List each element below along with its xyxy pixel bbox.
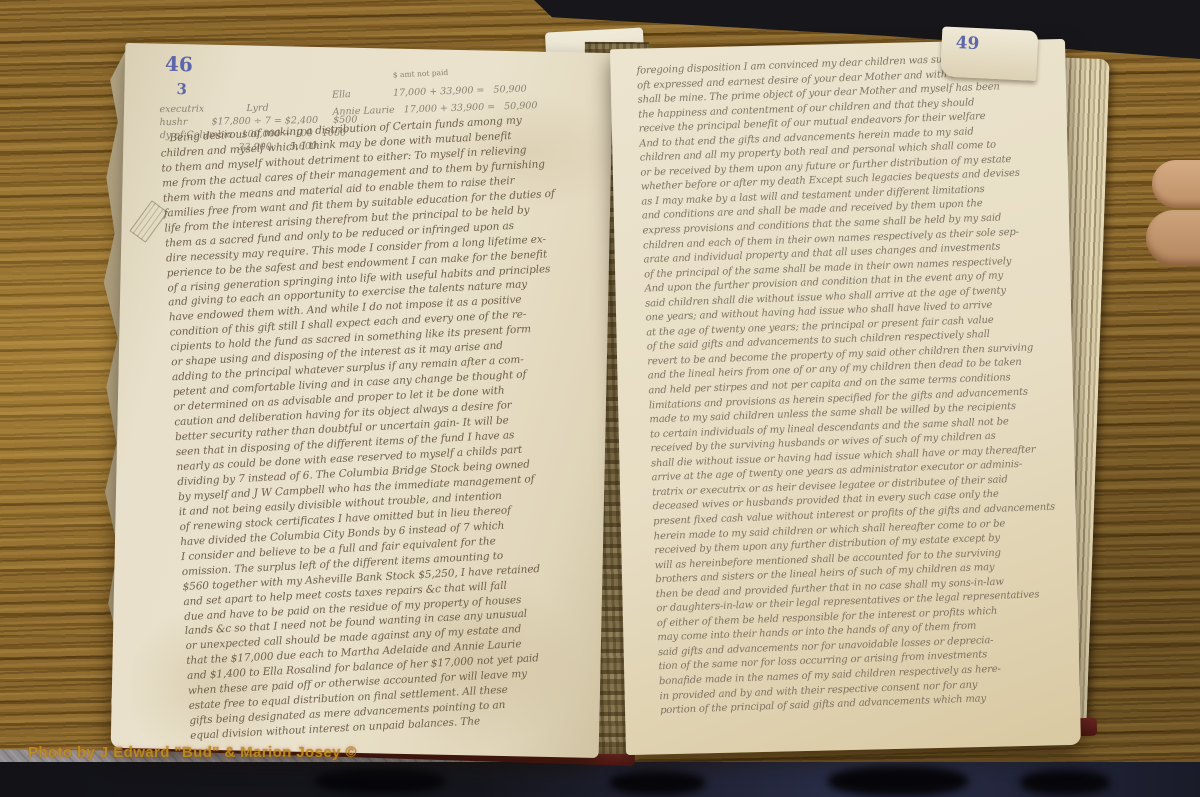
page-number-49: 49 — [955, 33, 980, 54]
photographer-watermark: Photo by J Edward "Bud" & Marion Josey © — [28, 744, 357, 761]
photograph-of-ledger: { "palette":{ "wood":"#7d5d24","page":"#… — [0, 0, 1200, 797]
margin-number-3: 3 — [176, 80, 187, 98]
pencil-annotation-not-paid: $ amt not paid — [393, 68, 449, 80]
blurred-floor-shape — [1020, 770, 1110, 795]
blurred-floor-shape — [610, 771, 705, 795]
hand-at-right-edge — [1152, 160, 1200, 208]
left-page: 46 3 $ amt not paid executrix Lyrdhushr … — [111, 43, 614, 758]
hand-at-right-edge — [1146, 210, 1200, 266]
page-number-46: 46 — [165, 52, 193, 77]
blurred-floor-shape — [828, 766, 968, 796]
folded-page-corner: 49 — [940, 26, 1038, 80]
blurred-floor-shape — [315, 768, 445, 794]
handwritten-text-right-page: foregoing disposition I am convinced my … — [636, 50, 1062, 719]
illegible-margin-stamp — [129, 200, 168, 242]
right-page: 49 foregoing disposition I am convinced … — [610, 39, 1081, 755]
handwritten-text-left-page: Being desirous of making a distribution … — [160, 112, 582, 744]
